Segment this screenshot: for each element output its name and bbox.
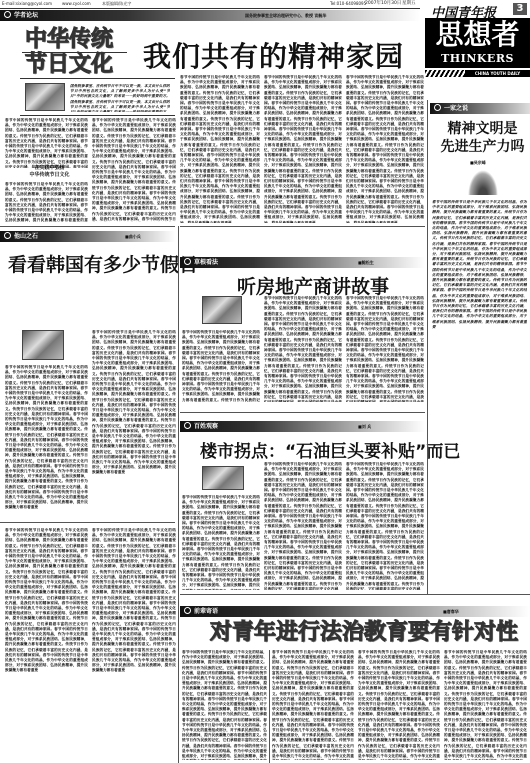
section-label: 一家之说 [444, 105, 468, 112]
section-bar-youth-talk: 前辈寄语 [180, 606, 530, 617]
house-photo [202, 296, 242, 324]
masthead: 中国青年报 3 思想者 THINKERS CHINA YOUTH DAILY [425, 0, 530, 120]
column-divider [178, 226, 179, 763]
article-column: 春节中国的传统节日是中华民族几千年文化的结晶，作为中华文化的重要组成部分，对于维… [5, 118, 88, 168]
byline-public-view: ■刘 兵 [358, 424, 371, 430]
section-bar-foreign-stone: 他山之石 [0, 231, 175, 242]
section-icon [184, 607, 191, 614]
subhead: 在实践中弘扬 中华传统节日文化 [22, 165, 77, 179]
article-column: 春节中国的传统节日是中华民族几千年文化的结晶，作为中华文化的重要组成部分，对于维… [92, 528, 176, 760]
header-website: www.cyol.com [62, 0, 91, 8]
masthead-title: 思想者 [425, 18, 530, 52]
article-column: 春节中国的传统节日是中华民族几千年文化的结晶，作为中华文化的重要组成部分，对于维… [92, 330, 176, 520]
section-label: 草根看法 [194, 259, 218, 266]
section-icon [184, 422, 191, 429]
article-column: 春节中国的传统节日是中华民族几千年文化的结晶，作为中华文化的重要组成部分，对于维… [264, 75, 342, 223]
headline-main: 我们共有的精神家园 [143, 35, 404, 75]
section-icon [4, 232, 11, 239]
headline-youth-talk: 对青年进行法治教育要有针对性 [210, 620, 518, 646]
article-column: 春节中国的传统节日是中华民族几千年文化的结晶，作为中华文化的重要组成部分，对于维… [5, 365, 88, 520]
kicker-line-2: 节日文化 [25, 53, 113, 77]
byline-youth-talk: ■唐春华 [443, 609, 459, 615]
byline-opinion: ■吴宗峰 [470, 160, 486, 166]
article-column: 春节中国的传统节日是中华民族几千年文化的结晶，作为中华文化的重要组成部分，对于维… [264, 296, 342, 402]
header-email: E-mail:sixiang@cyol.com [2, 0, 52, 8]
headline-grassroots: 听房地产商讲故事 [237, 272, 389, 299]
section-label: 前辈寄语 [194, 608, 218, 615]
building-photo [202, 466, 244, 490]
section-bar-scholar-forum: 学者论坛 [0, 10, 420, 21]
article-column: 春节中国的传统节日是中华民族几千年文化的结晶，作为中华文化的重要组成部分，对于维… [346, 296, 424, 402]
article-column: 春节中国的传统节日是中华民族几千年文化的结晶，作为中华文化的重要组成部分，对于维… [5, 528, 88, 760]
section-divider [0, 522, 175, 523]
byline-scholar-forum: 国务院参事室全球治理研究中心、教授 谈毓华 [245, 13, 326, 19]
headline-opinion-line-2: 先进生产力吗 [440, 138, 525, 156]
headline-opinion-line-1: 精神文明是 [440, 120, 525, 138]
plant-illustration [468, 170, 498, 195]
subhead-line-2: 中华传统节日文化 [22, 172, 77, 179]
article-column: 春节中国的传统节日是中华民族几千年文化的结晶，作为中华文化的重要组成部分，对于维… [272, 650, 354, 760]
top-info-line: E-mail:sixiang@cyol.com www.cyol.com 本版编… [0, 0, 420, 9]
article-column: 春节中国的传统节日是中华民族几千年文化的结晶，作为中华文化的重要组成部分，对于维… [180, 75, 260, 223]
headline-opinion: 精神文明是 先进生产力吗 [440, 120, 525, 156]
masthead-subtitle: THINKERS [425, 52, 530, 66]
section-icon [4, 11, 11, 18]
article-column: 春节中国的传统节日是中华民族几千年文化的结晶，作为中华文化的重要组成部分，对于维… [182, 495, 260, 590]
article-column: 春节中国的传统节日是中华民族几千年文化的结晶，作为中华文化的重要组成部分，对于维… [444, 650, 527, 760]
section-icon [434, 104, 441, 111]
page-number: 3 [513, 3, 527, 15]
lead-top-rule [20, 78, 175, 79]
article-column: 春节中国的传统节日是中华民族几千年文化的结晶，作为中华文化的重要组成部分，对于维… [182, 330, 260, 402]
column-divider [427, 100, 428, 595]
article-column: 春节中国的传统节日是中华民族几千年文化的结晶，作为中华文化的重要组成部分，对于维… [5, 182, 88, 222]
section-icon [184, 258, 191, 265]
column-divider [269, 650, 270, 763]
lead-photo [25, 83, 65, 111]
header-phone: Tel:010-64098095 [330, 0, 366, 8]
section-label: 百姓观察 [194, 423, 218, 430]
article-column: 春节中国的传统节日是中华民族几千年文化的结晶，作为中华文化的重要组成部分，对于维… [346, 75, 424, 223]
masthead-box: 思想者 THINKERS [425, 18, 530, 68]
header-date: 2007年10月30日 [365, 0, 401, 8]
article-column: 春节中国的传统节日是中华民族几千年文化的结晶，作为中华文化的重要组成部分，对于维… [346, 462, 424, 590]
section-divider [0, 226, 175, 227]
article-column: 春节中国的传统节日是中华民族几千年文化的结晶，作为中华文化的重要组成部分，对于维… [358, 650, 440, 760]
flower-photo [22, 330, 64, 360]
header-weekday: 星期五 [402, 0, 416, 8]
masthead-tagline: CHINA YOUTH DAILY [465, 70, 530, 77]
header-editor: 本版编辑/陈光宇 [102, 0, 131, 8]
article-column: 春节中国的传统节日是中华民族几千年文化的结晶，作为中华文化的重要组成部分，对于维… [264, 462, 342, 590]
headline-foreign-stone: 看看韩国有多少节假日 [8, 250, 198, 277]
section-label: 学者论坛 [14, 12, 38, 19]
article-column: 春节中国的传统节日是中华民族几千年文化的结晶，作为中华文化的重要组成部分，对于维… [182, 650, 267, 760]
section-label: 他山之石 [14, 233, 38, 240]
lead-bottom-rule [20, 115, 175, 116]
article-column: 春节中国的传统节日是中华民族几千年文化的结晶，作为中华文化的重要组成部分，对于维… [432, 200, 527, 592]
byline-grassroots: ■鲍松生 [358, 260, 374, 266]
section-bar-opinion: 一家之说 [430, 103, 530, 114]
subhead-line-1: 在实践中弘扬 [22, 165, 77, 172]
article-column: 春节中国的传统节日是中华民族几千年文化的结晶，作为中华文化的重要组成部分，对于维… [92, 118, 176, 222]
lead-text: 国务院参事室、在传统节日中不可以更一族，本文由什么样的节日中所包含的文化，从了解… [70, 84, 170, 112]
section-divider [180, 412, 425, 413]
section-bar-grassroots: 草根看法 [180, 257, 425, 268]
kicker-line-1: 中华传统 [25, 28, 113, 52]
section-bar-public-view: 百姓观察 [180, 421, 425, 432]
section-divider [180, 594, 530, 595]
headline-public-view: 楼市拐点：“石油巨头要补贴”而已 [200, 437, 460, 462]
byline-foreign-stone: ■曲小兵 [125, 234, 141, 240]
section-divider [180, 226, 425, 227]
